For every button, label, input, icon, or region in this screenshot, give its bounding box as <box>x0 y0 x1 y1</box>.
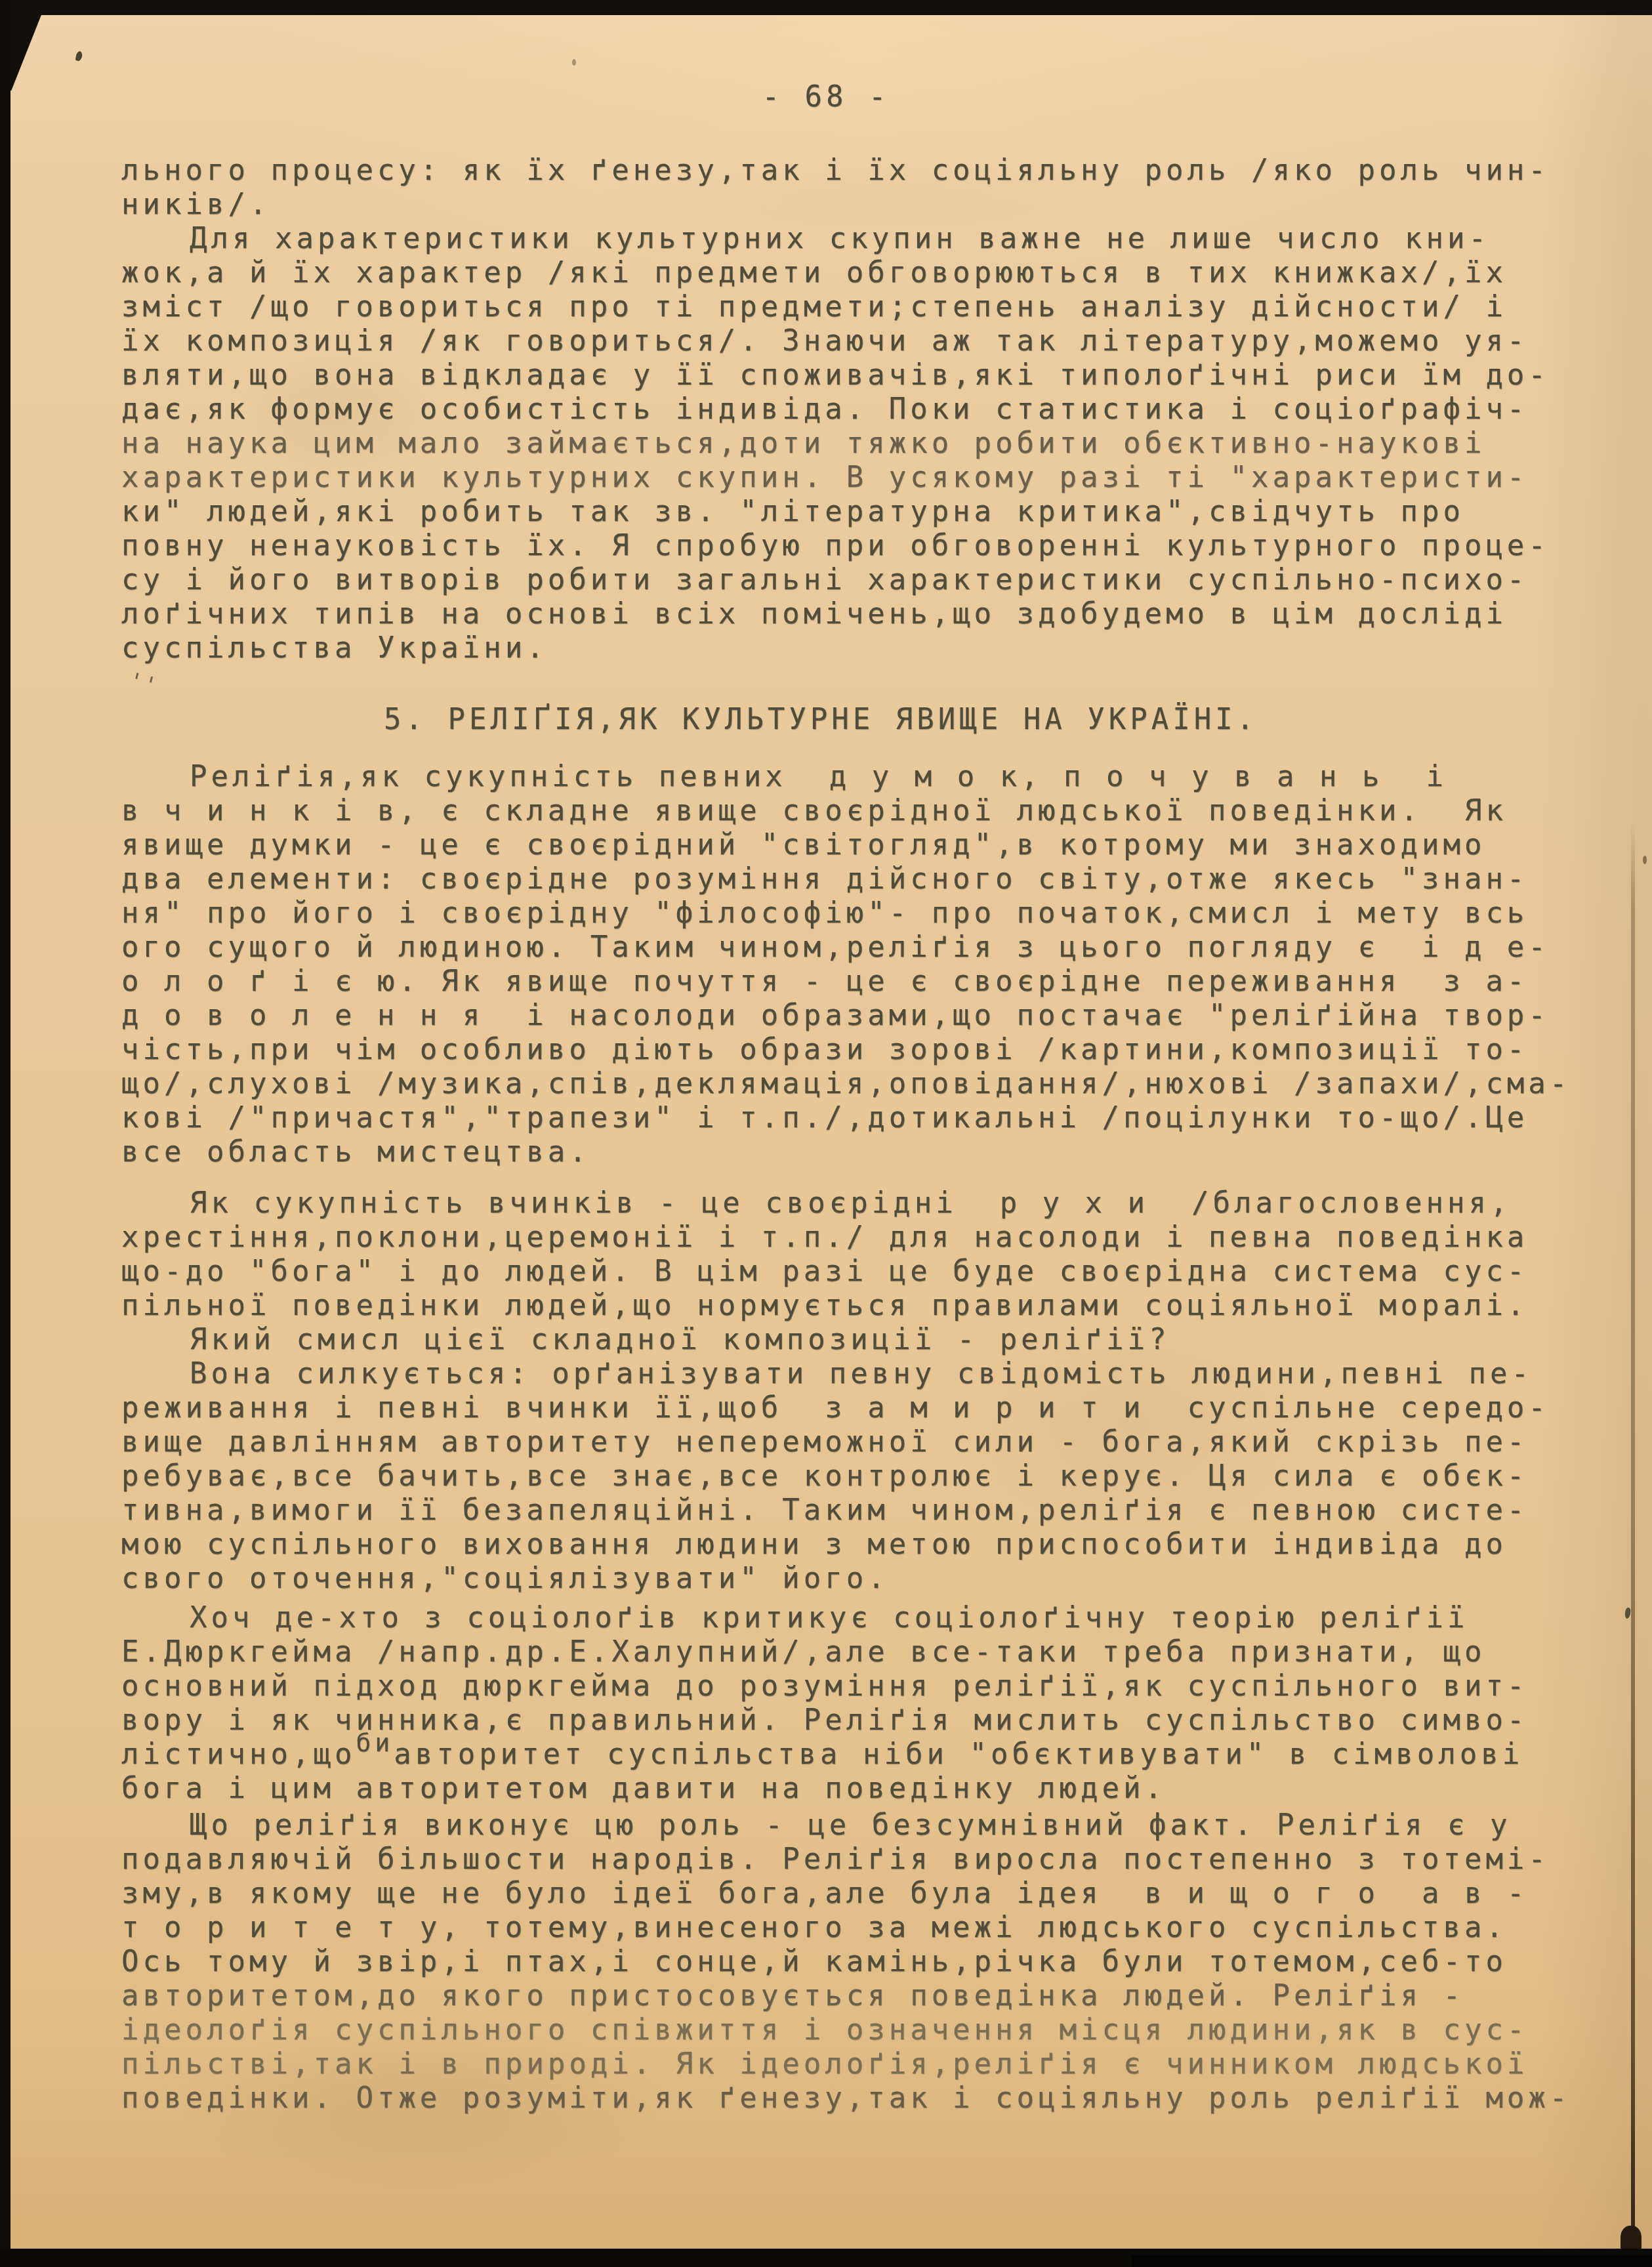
scanned-document-page: - 68 - льного процесу: як їх ґенезу,так … <box>0 0 1652 2267</box>
text-line: Хоч де-хто з соціолоґів критикує соціоло… <box>121 1601 1604 1635</box>
text-line: основний підход дюркгейма до розуміння р… <box>121 1669 1604 1703</box>
text-line: ребуває,все бачить,все знає,все контролю… <box>121 1459 1604 1493</box>
page-fold-shadow <box>1621 2226 1642 2252</box>
text-line: Для характеристики культурних скупин важ… <box>121 222 1604 256</box>
text-line: су і його витворів робити загальні харак… <box>121 563 1604 597</box>
paragraph: Хоч де-хто з соціолоґів критикує соціоло… <box>121 1601 1604 1806</box>
text-line: вляти,що вона відкладає у її споживачів,… <box>121 358 1604 392</box>
text-segment: лістично,що <box>121 1737 356 1771</box>
text-line: бога і цим авторитетом давити на поведін… <box>121 1772 1604 1806</box>
text-line: ого сущого й людиною. Таким чином,реліґі… <box>121 930 1604 965</box>
text-line: Що реліґія виконує цю роль - це безсумні… <box>121 1808 1604 1842</box>
page-number: - 68 - <box>0 80 1652 114</box>
text-line: дає,як формує особистість індивіда. Поки… <box>121 392 1604 426</box>
text-line: ки" людей,які робить так зв. "літературн… <box>121 495 1604 529</box>
text-line: на наука цим мало займається,доти тяжко … <box>121 426 1604 461</box>
text-line: явище думки - це є своєрідний "світогляд… <box>121 828 1604 862</box>
text-line: суспільства України. <box>121 631 1604 665</box>
text-line: хрестіння,поклони,церемонії і т.п./ для … <box>121 1220 1604 1255</box>
text-line: їх композиція /як говориться/. Знаючи аж… <box>121 324 1604 358</box>
paragraph: Реліґія,як сукупність певних д у м о к, … <box>121 760 1604 1169</box>
text-line: ідеолоґія суспільного співжиття і означе… <box>121 2013 1604 2047</box>
text-line: реживання і певні вчинки її,щоб з а м и … <box>121 1391 1604 1425</box>
text-segment: авторитет суспільства ніби "обєктивувати… <box>394 1737 1523 1771</box>
text-line: що/,слухові /музика,спів,деклямація,опов… <box>121 1067 1604 1101</box>
text-line: Як сукупність вчинків - це своєрідні р у… <box>121 1186 1604 1220</box>
section-heading: 5. РЕЛІҐІЯ,ЯК КУЛЬТУРНЕ ЯВИЩЕ НА УКРАЇНІ… <box>121 703 1604 737</box>
text-line: кові /"причастя","трапези" і т.п./,дотик… <box>121 1101 1604 1135</box>
superscript-insertion: би <box>356 1726 394 1760</box>
text-line: Реліґія,як сукупність певних д у м о к, … <box>121 760 1604 794</box>
paragraph: Для характеристики культурних скупин важ… <box>121 222 1604 665</box>
text-line: мою суспільного виховання людини з метою… <box>121 1528 1604 1562</box>
text-line: лістично,щобиавторитет суспільства ніби … <box>121 1737 1604 1772</box>
text-line: пільної поведінки людей,що нормується пр… <box>121 1289 1604 1323</box>
text-line: т о р и т е т у, тотему,винесеного за ме… <box>121 1911 1604 1945</box>
paragraph: Що реліґія виконує цю роль - це безсумні… <box>121 1808 1604 2115</box>
text-line: подавляючій більшости народів. Реліґія в… <box>121 1842 1604 1877</box>
ink-speck <box>572 59 576 66</box>
text-line: чість,при чім особливо діють образи зоро… <box>121 1033 1604 1067</box>
paragraph: Вона силкується: орґанізувати певну свід… <box>121 1357 1604 1596</box>
text-line: Е.Дюркгейма /напр.др.Е.Халупний/,але все… <box>121 1635 1604 1669</box>
text-line: що-до "бога" і до людей. В цім разі це б… <box>121 1255 1604 1289</box>
text-line: зму,в якому ще не було ідеї бога,але бул… <box>121 1877 1604 1911</box>
text-line: д о в о л е н н я і насолоди образами,що… <box>121 999 1604 1033</box>
text-line: вище давлінням авторитету непереможної с… <box>121 1425 1604 1459</box>
text-line: поведінки. Отже розуміти,як ґенезу,так і… <box>121 2081 1604 2115</box>
text-line: Який смисл цієї складної композиції - ре… <box>121 1323 1604 1357</box>
text-line: два елементи: своєрідне розуміння дійсно… <box>121 862 1604 896</box>
scan-edge-top <box>0 0 1652 15</box>
text-line: зміст /що говориться про ті предмети;сте… <box>121 290 1604 324</box>
text-block: льного процесу: як їх ґенезу,так і їх со… <box>121 154 1604 2115</box>
text-line: пільстві,так і в природі. Як ідеолоґія,р… <box>121 2047 1604 2081</box>
page-fold-line <box>1631 822 1635 2252</box>
paragraph: льного процесу: як їх ґенезу,так і їх со… <box>121 154 1604 222</box>
text-line: характеристики культурних скупин. В усяк… <box>121 461 1604 495</box>
text-line: свого оточення,"соціялізувати" його. <box>121 1562 1604 1596</box>
text-line: Вона силкується: орґанізувати певну свід… <box>121 1357 1604 1391</box>
text-line: вору і як чинника,є правильний. Реліґія … <box>121 1703 1604 1737</box>
text-line: ня" про його і своєрідну "філософію"- пр… <box>121 896 1604 930</box>
scan-edge-bottom-dark <box>1132 2255 1652 2267</box>
text-line: лоґічних типів на основі всіх помічень,щ… <box>121 597 1604 631</box>
text-line: тивна,вимоги її безапеляційні. Таким чин… <box>121 1493 1604 1528</box>
paragraph: Який смисл цієї складної композиції - ре… <box>121 1323 1604 1357</box>
scan-edge-left <box>0 0 10 2267</box>
paragraph: Як сукупність вчинків - це своєрідні р у… <box>121 1186 1604 1323</box>
text-line: жок,а й їх характер /які предмети обгово… <box>121 256 1604 290</box>
text-line: все область мистецтва. <box>121 1135 1604 1169</box>
text-line: авторитетом,до якого пристосовується пов… <box>121 1979 1604 2013</box>
ink-speck <box>1643 856 1647 864</box>
text-line: льного процесу: як їх ґенезу,так і їх со… <box>121 154 1604 188</box>
text-line: повну ненауковість їх. Я спробую при обг… <box>121 529 1604 563</box>
text-line: о л о ґ і є ю. Як явище почуття - це є с… <box>121 965 1604 999</box>
text-line: Ось тому й звір,і птах,і сонце,й камінь,… <box>121 1945 1604 1979</box>
text-line: в ч и н к і в, є складне явище своєрідно… <box>121 794 1604 828</box>
text-line: ників/. <box>121 188 1604 222</box>
